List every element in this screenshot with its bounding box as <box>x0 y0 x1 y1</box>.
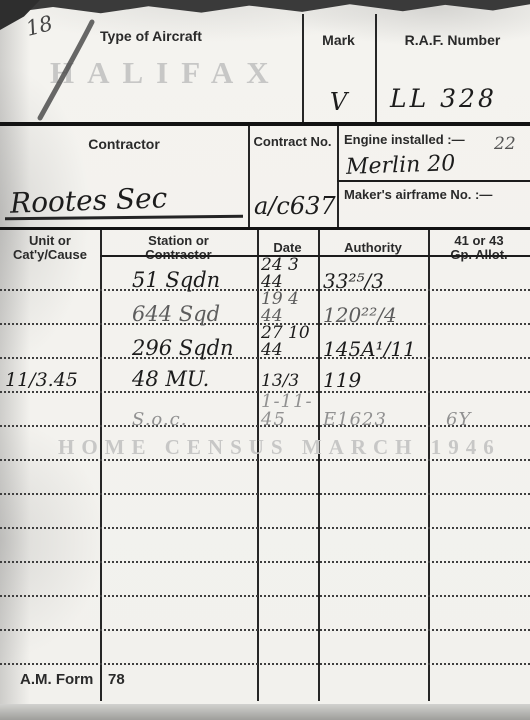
cell-unit: 11/3.45 <box>0 359 100 391</box>
contractor-label: Contractor <box>0 136 248 152</box>
engine-airframe-divider <box>337 180 530 182</box>
raf-number-value: LL 328 <box>390 84 497 113</box>
cell-allot <box>428 461 530 493</box>
cell-authority <box>318 495 428 527</box>
cell-authority <box>318 563 428 595</box>
cell-date <box>257 631 318 663</box>
cell-date <box>257 597 318 629</box>
divider-raf-column <box>375 14 377 124</box>
form-number: 78 <box>108 671 125 688</box>
cell-station <box>100 461 257 493</box>
form-name-label: A.M. Form <box>20 671 93 688</box>
divider-engine <box>337 126 339 228</box>
cell-allot <box>428 257 530 292</box>
cell-station: 48 MU. <box>100 359 257 391</box>
cell-allot <box>428 359 530 391</box>
cell-authority <box>318 529 428 561</box>
table-row <box>0 529 530 563</box>
cell-station: S.o.c. <box>100 393 257 430</box>
cell-date: 19 4 44 <box>257 291 318 326</box>
cell-date: 13/3 <box>257 359 318 391</box>
contract-no-value: a/c637 <box>254 192 336 220</box>
cell-date: 27 10 44 <box>257 325 318 360</box>
raf-number-label: R.A.F. Number <box>375 32 530 48</box>
cell-unit <box>0 529 100 561</box>
cell-allot <box>428 495 530 527</box>
corner-slash-mark <box>20 16 100 129</box>
cell-unit <box>0 291 100 326</box>
contract-no-label: Contract No. <box>248 134 337 149</box>
cell-allot <box>428 291 530 326</box>
engine-value: Merlin 20 <box>346 151 456 180</box>
cell-allot <box>428 563 530 595</box>
table-row: 296 Sqdn27 10 44145A¹/11 <box>0 325 530 359</box>
cell-station: 51 Sqdn <box>100 257 257 292</box>
cell-unit <box>0 461 100 493</box>
cell-station: 644 Sqd <box>100 291 257 326</box>
cell-station <box>100 631 257 663</box>
cell-station <box>100 563 257 595</box>
scan-edge-top <box>0 0 530 14</box>
cell-unit <box>0 257 100 292</box>
cell-authority: 145A¹/11 <box>318 325 428 360</box>
cell-unit <box>0 631 100 663</box>
table-rows: 51 Sqdn24 3 4433²⁵/3644 Sqd19 4 44120²²/… <box>0 257 530 665</box>
table-row <box>0 563 530 597</box>
scan-edge-bottom <box>0 704 530 720</box>
cell-authority <box>318 461 428 493</box>
cell-date <box>257 529 318 561</box>
cell-authority: 120²²/4 <box>318 291 428 326</box>
mark-label: Mark <box>302 32 375 48</box>
cell-station <box>100 495 257 527</box>
cell-station: 296 Sqdn <box>100 325 257 360</box>
table-row: S.o.c.1-11-45E16236Y <box>0 393 530 427</box>
cell-date <box>257 461 318 493</box>
table-row <box>0 461 530 495</box>
cell-station <box>100 597 257 629</box>
cell-allot <box>428 325 530 360</box>
table-row: 11/3.4548 MU.13/3119 <box>0 359 530 393</box>
table-row <box>0 495 530 529</box>
engine-installed-label: Engine installed :— <box>344 132 465 147</box>
cell-allot <box>428 631 530 663</box>
table-row: 644 Sqd19 4 44120²²/4 <box>0 291 530 325</box>
cell-date <box>257 563 318 595</box>
cell-unit <box>0 563 100 595</box>
section-divider-1 <box>0 122 530 126</box>
makers-airframe-label: Maker's airframe No. :— <box>344 187 492 202</box>
cell-date: 1-11-45 <box>257 393 318 430</box>
cell-unit <box>0 393 100 430</box>
cell-allot: 6Y <box>428 393 530 430</box>
cell-authority <box>318 597 428 629</box>
cell-allot <box>428 597 530 629</box>
aircraft-movement-card: Type of Aircraft HALIFAX 18 Mark V R.A.F… <box>0 0 530 720</box>
table-row: 51 Sqdn24 3 4433²⁵/3 <box>0 257 530 291</box>
cell-authority: E1623 <box>318 393 428 430</box>
engine-note: 22 <box>494 134 516 154</box>
header-date: Date <box>257 240 318 255</box>
header-authority: Authority <box>318 240 428 255</box>
cell-authority: 33²⁵/3 <box>318 257 428 292</box>
cell-unit <box>0 325 100 360</box>
cell-station <box>100 529 257 561</box>
cell-unit <box>0 597 100 629</box>
cell-authority: 119 <box>318 359 428 391</box>
cell-allot <box>428 529 530 561</box>
contractor-value: Rootes Sec <box>9 181 167 219</box>
cell-unit <box>0 495 100 527</box>
cell-date <box>257 495 318 527</box>
section-divider-2 <box>0 227 530 230</box>
cell-date: 24 3 44 <box>257 257 318 292</box>
census-stamp: HOME CENSUS MARCH 1946 <box>58 435 501 460</box>
cell-authority <box>318 631 428 663</box>
table-row <box>0 597 530 631</box>
mark-value: V <box>302 88 375 116</box>
table-row <box>0 631 530 665</box>
